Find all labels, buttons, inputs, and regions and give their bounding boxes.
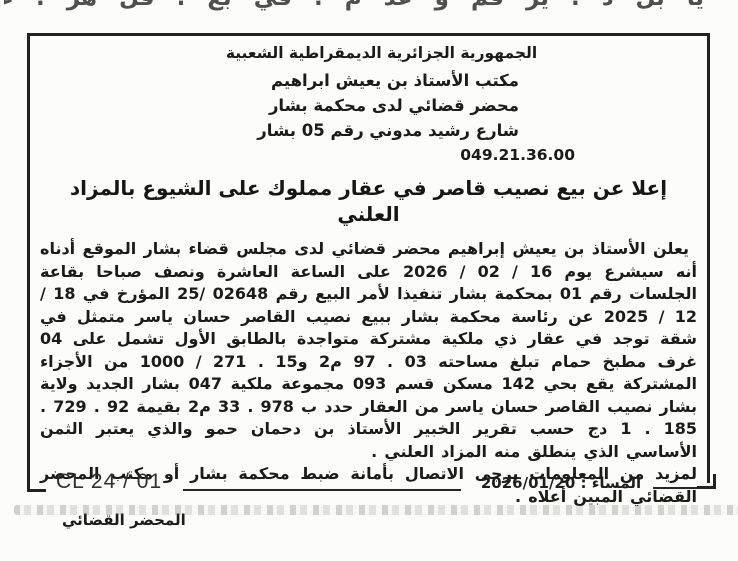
- country-header: الجمهورية الجزائرية الديمقراطية الشعبية: [30, 44, 707, 62]
- bailiff-office-phone: 049.21.36.00: [30, 144, 707, 166]
- legal-notice-box: الجمهورية الجزائرية الديمقراطية الشعبية …: [27, 33, 710, 483]
- notice-title: إعلا عن بيع نصيب قاصر في عقار مملوك على …: [36, 175, 701, 227]
- bailiff-office-name: مكتب الأستاذ بن يعيش ابراهيم: [30, 68, 707, 93]
- scanned-newspaper-page: يا بل د . ير قم و عد م . في بع . قل هر .…: [0, 0, 738, 561]
- cropped-text-fragment: يا بل د . ير قم و عد م . في بع . قل هر .…: [4, 0, 704, 10]
- footer-rule-right: [653, 487, 697, 489]
- cropped-previous-article-fragments: يا بل د . ير قم و عد م . في بع . قل هر .…: [4, 0, 704, 13]
- bottom-right-corner-mark: [697, 474, 716, 489]
- notice-body-paragraph: يعلن الأستاذ بن يعيش إبراهيم محضر قضائي …: [40, 238, 697, 463]
- bailiff-office-role: محضر قضائي لدى محكمة بشار: [30, 93, 707, 118]
- newspaper-name-and-date: المساء : 2026/01/20: [468, 474, 654, 492]
- scan-artifact-band: [14, 505, 738, 515]
- footer-rule-left: [183, 489, 461, 491]
- reference-code: CL 24 / 01: [56, 470, 162, 494]
- bottom-left-corner-mark: [27, 477, 46, 492]
- bailiff-office-address: شارع رشيد مدوني رقم 05 بشار: [30, 118, 707, 143]
